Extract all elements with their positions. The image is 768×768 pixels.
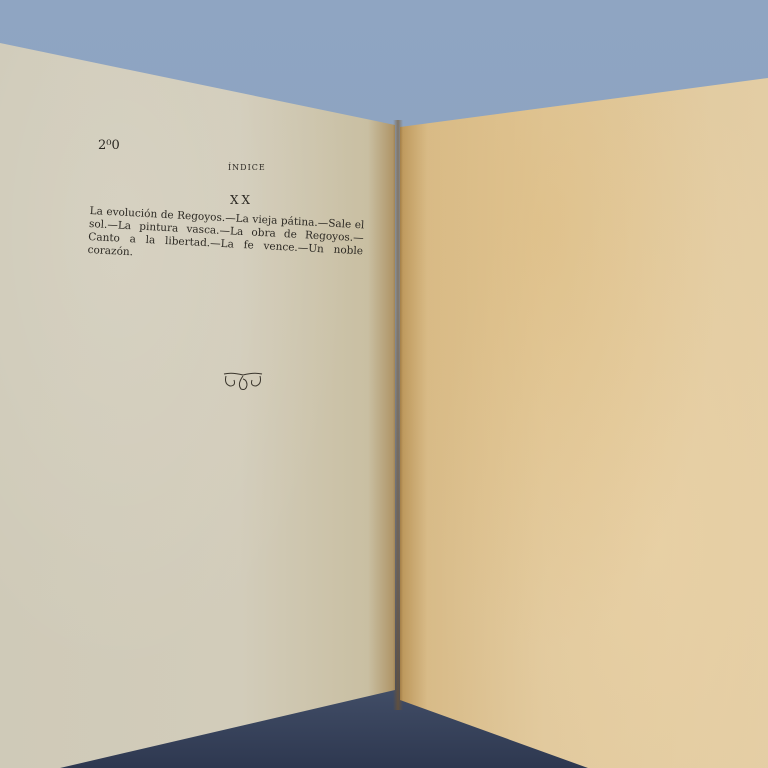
page-number: 2⁰0 <box>98 138 120 153</box>
left-page <box>0 0 400 768</box>
chapter-number: XX <box>230 193 253 207</box>
right-page-blank <box>398 0 768 768</box>
book-photo: 2⁰0 ÍNDICE XX La evolución de Regoyos.—L… <box>0 0 768 768</box>
book-gutter <box>393 120 403 710</box>
flourish-ornament-icon <box>222 370 264 394</box>
running-head: ÍNDICE <box>228 163 266 172</box>
